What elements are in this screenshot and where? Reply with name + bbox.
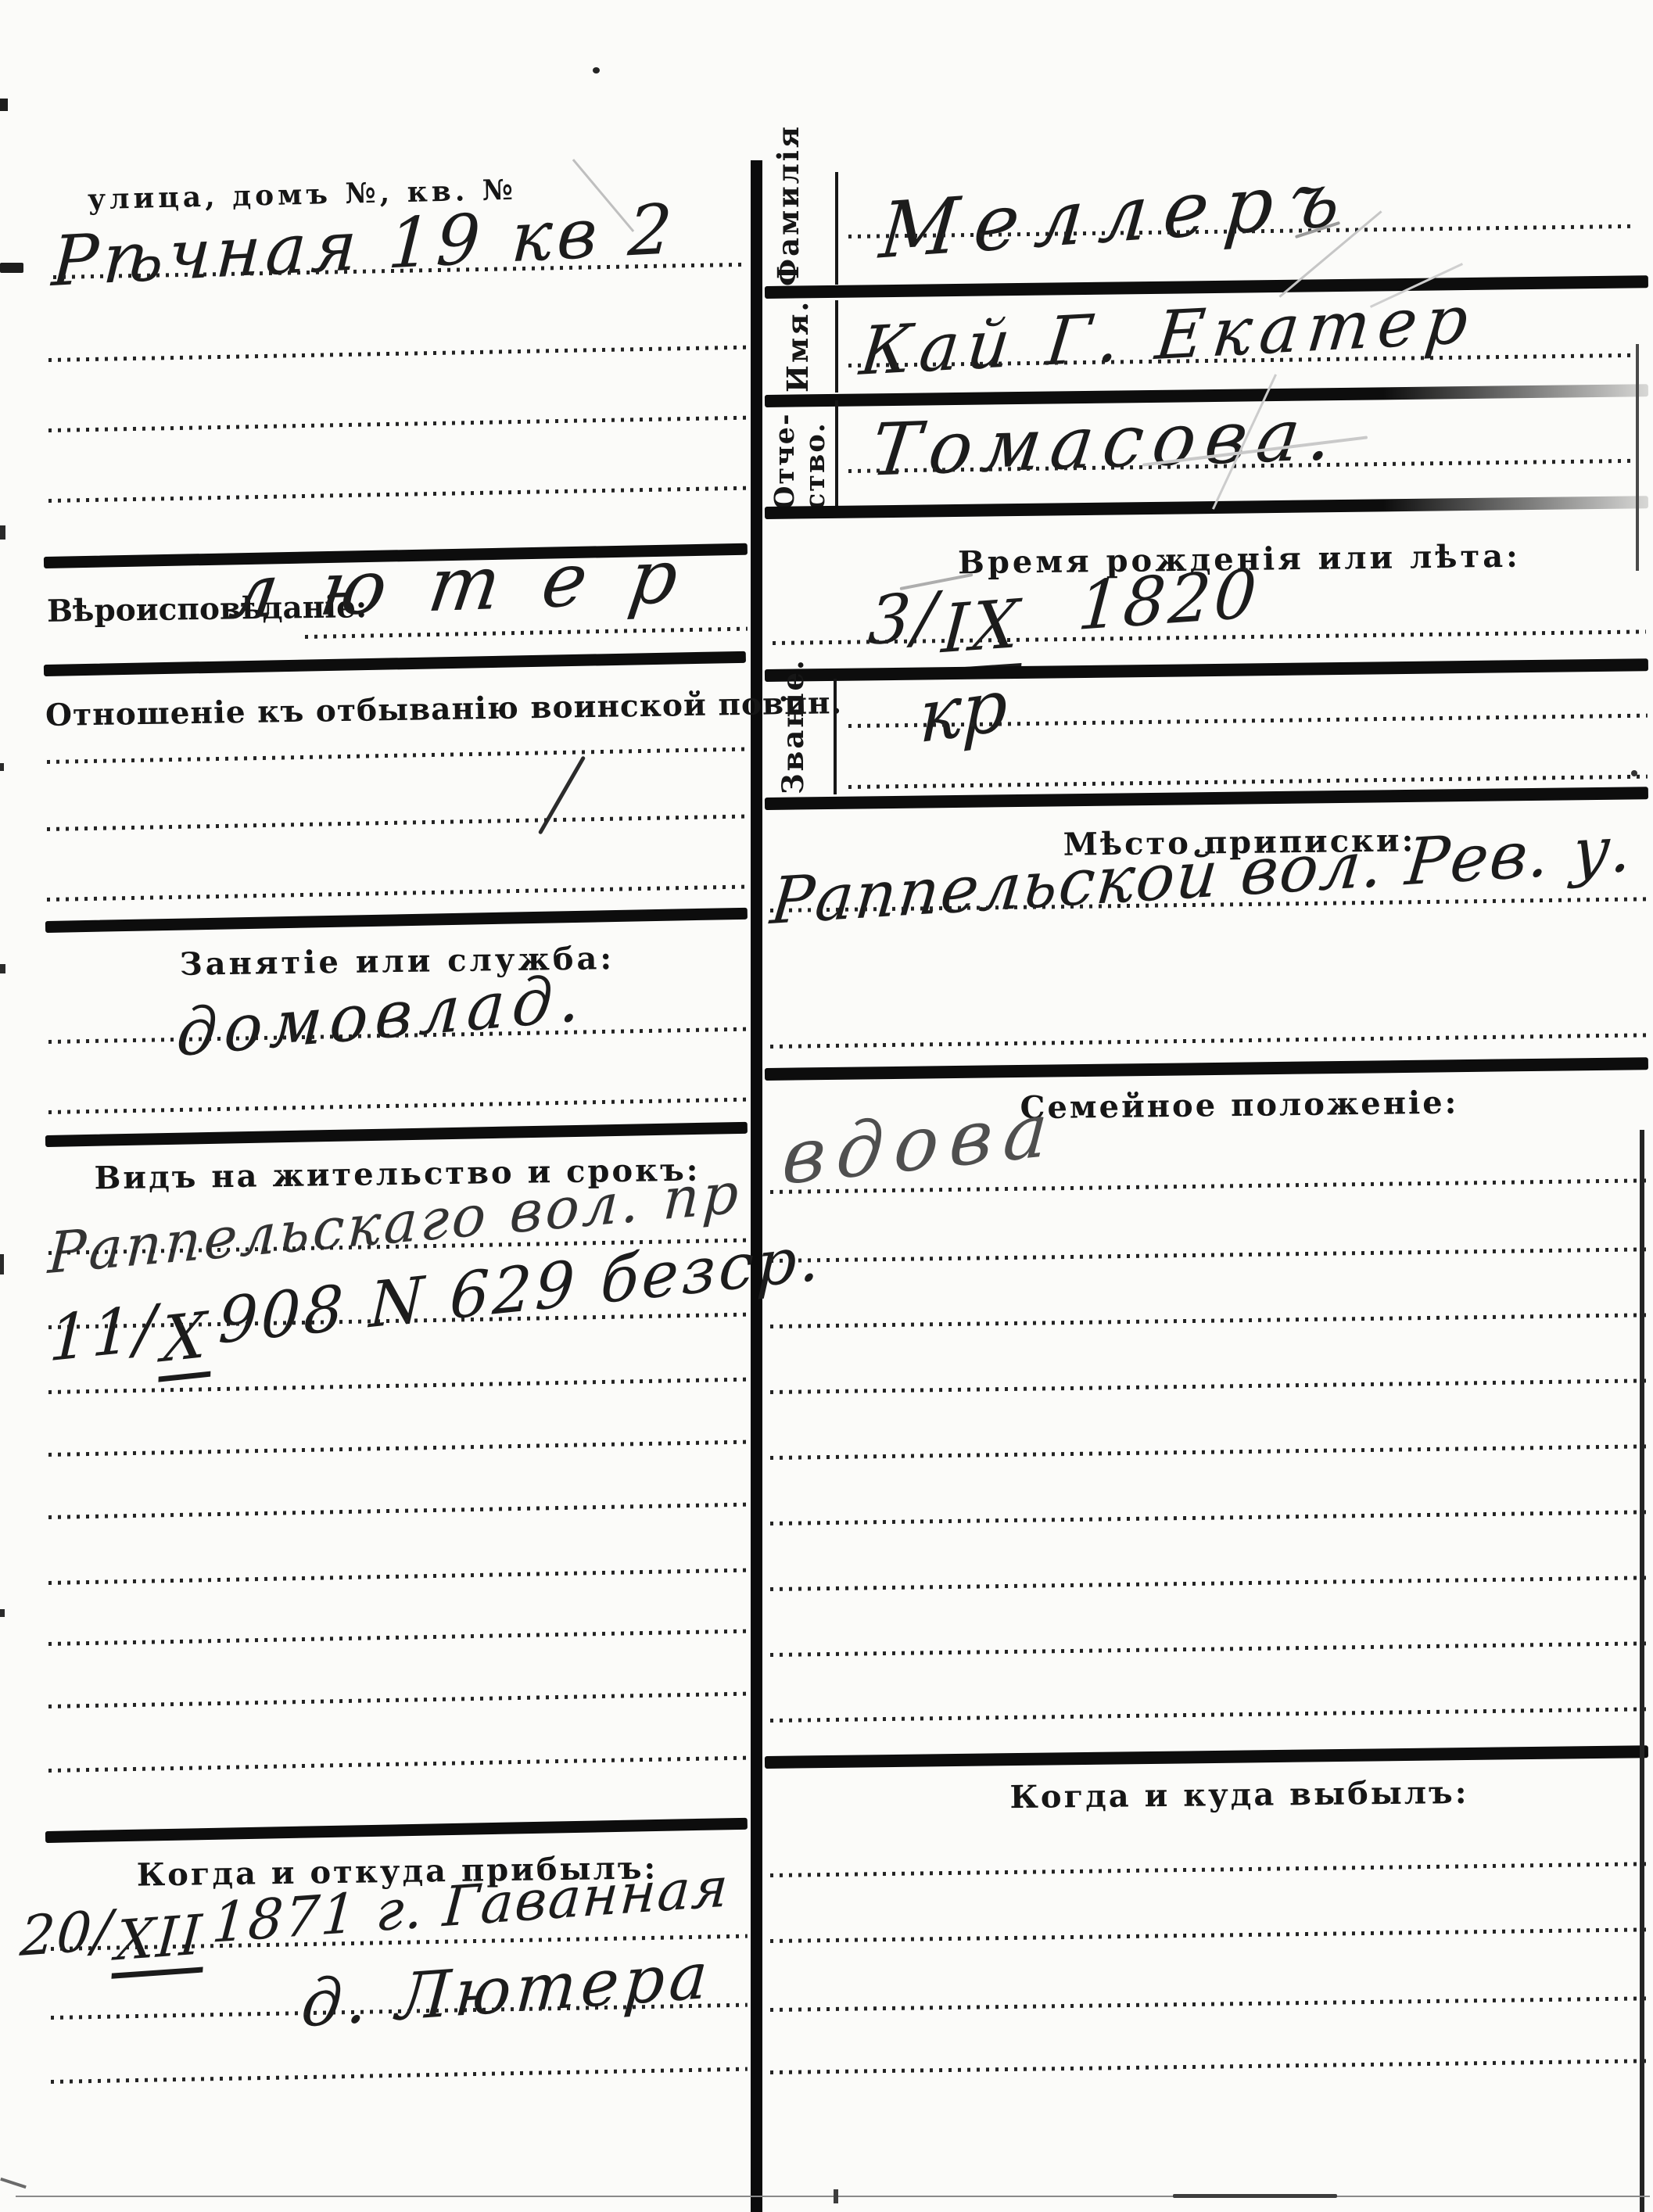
patronymic-label-part2: ство. [799, 421, 831, 510]
label-divider-line [834, 679, 837, 794]
dotted-line [48, 1440, 748, 1457]
label-divider-line [835, 172, 838, 285]
surname-value-handwriting: Меллеръ [877, 153, 1360, 276]
military-service-slash-handwriting [538, 755, 586, 834]
dotted-line [770, 1378, 1648, 1394]
dotted-line [48, 1503, 748, 1519]
family-status-value-handwriting: вдова [780, 1086, 1061, 1202]
dotted-line [770, 1510, 1648, 1525]
dotted-line [48, 1629, 748, 1646]
section-bar [765, 1057, 1648, 1081]
permit-date-numerator: 11/ [48, 1291, 160, 1376]
edge-artifact [1636, 344, 1639, 571]
arrival-value-line2-handwriting: д. Лютера [299, 1938, 715, 2042]
dotted-line [48, 1692, 748, 1708]
dotted-line [770, 1313, 1648, 1328]
dotted-line [48, 1756, 748, 1773]
section-bar [44, 651, 746, 676]
dotted-line [48, 1568, 748, 1585]
dotted-line [48, 346, 749, 362]
dotted-line [770, 1996, 1648, 2012]
dotted-line [770, 2059, 1648, 2074]
dotted-line [770, 1707, 1648, 1723]
permit-date-roman-month: X [158, 1298, 213, 1382]
first-name-label-vertical: Имя. [780, 302, 815, 393]
religion-value-handwriting: лютер [224, 532, 726, 636]
dotted-line [770, 1862, 1648, 1877]
edge-artifact [0, 1254, 4, 1274]
dotted-line [51, 2067, 748, 2084]
dotted-line [848, 775, 1648, 789]
bottom-scan-mark [834, 2189, 838, 2203]
dotted-line [770, 1641, 1648, 1657]
edge-artifact [0, 525, 5, 540]
edge-artifact [0, 2178, 27, 2189]
dotted-line [48, 1098, 748, 1114]
dotted-line [770, 1444, 1648, 1460]
bottom-scan-line [16, 2196, 1650, 2197]
edge-artifact [0, 99, 8, 111]
section-bar [45, 1122, 748, 1147]
edge-artifact [0, 263, 23, 273]
edge-artifact [1640, 1130, 1644, 2212]
dotted-line [770, 1576, 1648, 1591]
label-divider-line [835, 400, 838, 507]
edge-artifact [0, 964, 5, 973]
dotted-line [770, 1033, 1648, 1049]
section-bar [765, 658, 1648, 682]
section-bar [45, 908, 748, 933]
departure-label: Когда и куда выбылъ: [848, 1773, 1630, 1817]
arrival-date-numerator: 20/ [18, 1898, 115, 1969]
dotted-line [770, 1247, 1648, 1263]
dotted-line [770, 1927, 1648, 1943]
label-divider-line [835, 300, 838, 393]
section-bar [765, 787, 1648, 810]
patronymic-label-vertical: Отче- ство. [769, 400, 830, 510]
surname-label-vertical: Фамилія [771, 169, 805, 286]
patronymic-label-part1: Отче- [769, 412, 801, 510]
rank-label-vertical: Званіе. [776, 680, 810, 794]
dotted-line [47, 885, 749, 902]
dotted-line [48, 416, 749, 432]
rank-value-handwriting: кр [919, 662, 1009, 759]
section-bar [45, 1818, 748, 1843]
military-service-label: Отношеніе къ отбыванію воинской повин. [45, 685, 843, 733]
dotted-line [47, 747, 749, 764]
birth-date-roman-month: IX [937, 585, 1027, 674]
arrival-date-roman-month: XII [111, 1902, 207, 1979]
edge-artifact [0, 1609, 5, 1617]
birth-date-numerator: 3/ [866, 578, 941, 661]
bottom-scan-line-dark [1173, 2194, 1337, 2198]
edge-artifact [0, 763, 4, 771]
birth-year: 1820 [1075, 555, 1262, 646]
section-bar [765, 1745, 1648, 1769]
column-divider [751, 160, 762, 2212]
dotted-line [48, 486, 749, 503]
scan-speck [593, 67, 600, 73]
dotted-line [47, 815, 749, 831]
section-bar [765, 496, 1648, 519]
edge-artifact [1631, 770, 1637, 776]
dotted-line [48, 1378, 748, 1394]
patronymic-value-handwriting: Томасова. [867, 392, 1346, 492]
registration-card-scan: улица, домъ №, кв. № Рѣчная 19 кв 2 Вѣро… [0, 0, 1653, 2212]
